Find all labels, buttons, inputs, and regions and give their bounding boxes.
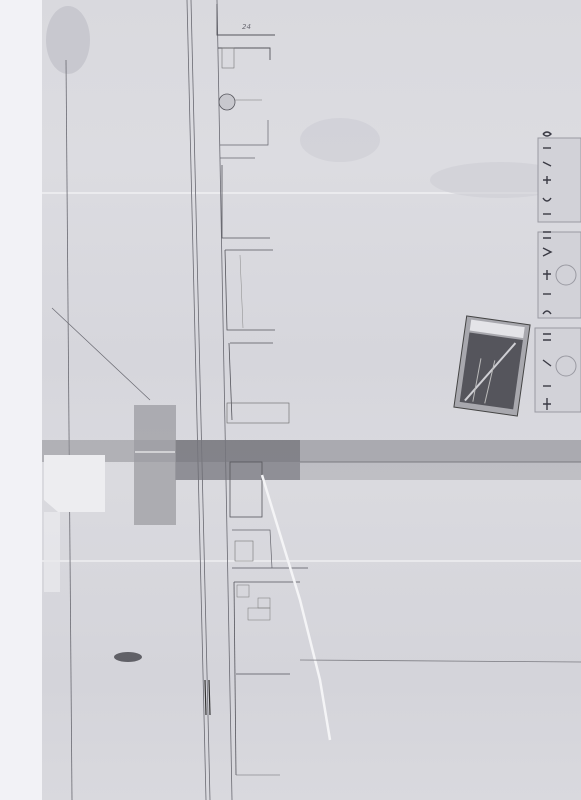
plan-drawing [0, 0, 581, 800]
scanned-plan-sheet: 24 [0, 0, 581, 800]
plot-number-label: 24 [242, 23, 251, 31]
handwritten-annotation [540, 128, 554, 418]
